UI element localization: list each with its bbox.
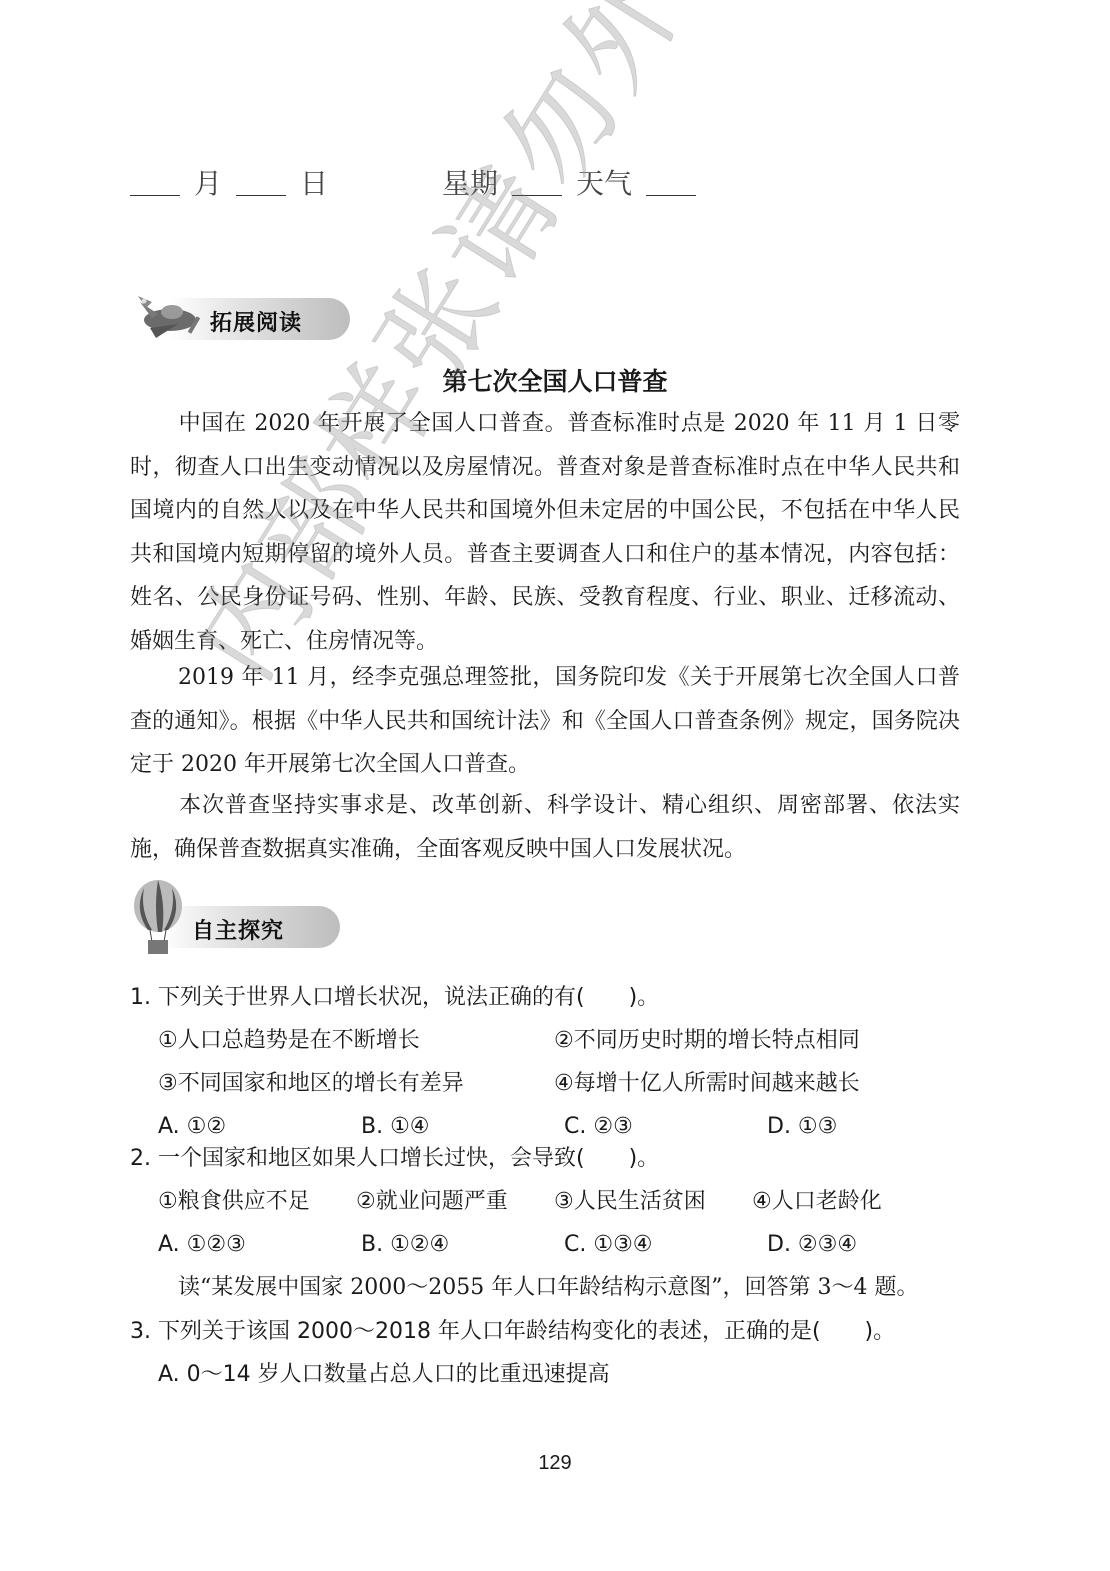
- page-number: 129: [0, 1452, 1110, 1475]
- day-blank[interactable]: [236, 194, 286, 196]
- airplane-icon: [130, 292, 208, 342]
- section-badge-self-inquiry: 自主探究: [130, 880, 340, 960]
- q2-choice-b[interactable]: B. ①②④: [361, 1223, 564, 1266]
- weekday-label: 星期: [442, 162, 498, 202]
- month-blank[interactable]: [130, 194, 180, 196]
- question-1-stem: 1. 下列关于世界人口增长状况，说法正确的有( )。: [130, 976, 970, 1019]
- article-paragraph-1: 中国在 2020 年开展了全国人口普查。普查标准时点是 2020 年 11 月 …: [130, 402, 960, 663]
- q2-choice-d[interactable]: D. ②③④: [767, 1223, 970, 1266]
- article-paragraph-2: 2019 年 11 月，经李克强总理签批，国务院印发《关于开展第七次全国人口普查…: [130, 656, 960, 787]
- question-2-stem: 2. 一个国家和地区如果人口增长过快，会导致( )。: [130, 1137, 970, 1180]
- date-weather-header: 月 日 星期 天气: [130, 162, 710, 202]
- question-1: 1. 下列关于世界人口增长状况，说法正确的有( )。 ①人口总趋势是在不断增长 …: [130, 976, 970, 1148]
- q1-statement-2: ②不同历史时期的增长特点相同: [554, 1019, 860, 1062]
- section-title-self-inquiry: 自主探究: [192, 914, 284, 945]
- question-3: 3. 下列关于该国 2000～2018 年人口年龄结构变化的表述，正确的是( )…: [130, 1310, 970, 1396]
- section-badge-extended-reading: 拓展阅读: [130, 292, 355, 340]
- article-title: 第七次全国人口普查: [0, 362, 1110, 398]
- reading-prompt: 读“某发展中国家 2000～2055 年人口年龄结构示意图”，回答第 3～4 题…: [130, 1266, 970, 1310]
- q2-statement-3: ③人民生活贫困: [554, 1180, 752, 1223]
- weekday-blank[interactable]: [512, 194, 562, 196]
- q2-statement-1: ①粮食供应不足: [158, 1180, 356, 1223]
- q2-statement-2: ②就业问题严重: [356, 1180, 554, 1223]
- q2-choice-a[interactable]: A. ①②③: [158, 1223, 361, 1266]
- q1-statement-4: ④每增十亿人所需时间越来越长: [554, 1062, 860, 1105]
- q3-choice-a[interactable]: A. 0～14 岁人口数量占总人口的比重迅速提高: [130, 1353, 970, 1396]
- question-2: 2. 一个国家和地区如果人口增长过快，会导致( )。 ①粮食供应不足 ②就业问题…: [130, 1137, 970, 1266]
- q1-statement-1: ①人口总趋势是在不断增长: [158, 1019, 554, 1062]
- q1-statement-3: ③不同国家和地区的增长有差异: [158, 1062, 554, 1105]
- q2-choice-c[interactable]: C. ①③④: [564, 1223, 767, 1266]
- article-paragraph-3: 本次普查坚持实事求是、改革创新、科学设计、精心组织、周密部署、依法实施，确保普查…: [130, 784, 960, 871]
- weather-label: 天气: [576, 162, 632, 202]
- day-label: 日: [300, 162, 328, 202]
- hot-air-balloon-icon: [130, 880, 186, 960]
- question-3-stem: 3. 下列关于该国 2000～2018 年人口年龄结构变化的表述，正确的是( )…: [130, 1310, 970, 1353]
- section-title-extended-reading: 拓展阅读: [210, 306, 302, 337]
- q2-statement-4: ④人口老龄化: [752, 1180, 882, 1223]
- month-label: 月: [194, 162, 222, 202]
- weather-blank[interactable]: [646, 194, 696, 196]
